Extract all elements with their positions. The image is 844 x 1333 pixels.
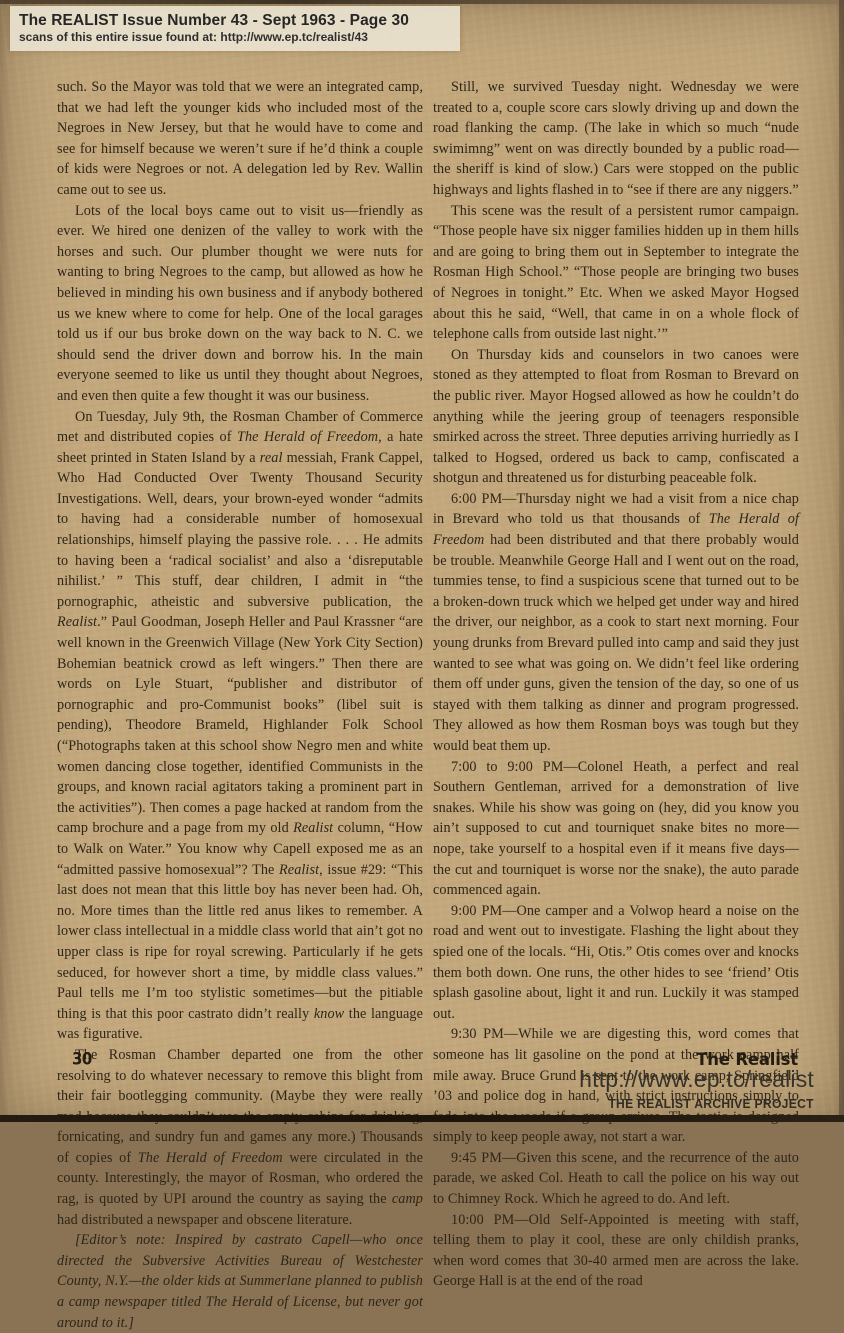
italic-text-segment: Realist — [293, 820, 333, 836]
header-issue-title: The REALIST Issue Number 43 - Sept 1963 … — [19, 11, 451, 30]
paragraph: On Thursday kids and counselors in two c… — [433, 345, 799, 489]
paragraph: Still, we survived Tuesday night. Wednes… — [433, 77, 799, 201]
archive-project-label: THE REALIST ARCHIVE PROJECT — [609, 1097, 814, 1111]
italic-text-segment: know — [314, 1006, 344, 1022]
text-segment: messiah, Frank Cappel, Who Had Conducted… — [57, 450, 423, 610]
paragraph: 6:00 PM—Thursday night we had a visit fr… — [433, 489, 799, 757]
text-segment: 7:00 to 9:00 PM—Colonel Heath, a perfect… — [433, 759, 799, 899]
text-segment: had been distributed and that there prob… — [433, 532, 799, 754]
paragraph: On Tuesday, July 9th, the Rosman Chamber… — [57, 407, 423, 1045]
text-segment: This scene was the result of a persisten… — [433, 203, 799, 343]
paragraph: This scene was the result of a persisten… — [433, 201, 799, 345]
text-segment: On Thursday kids and counselors in two c… — [433, 347, 799, 487]
italic-text-segment: Realist — [279, 862, 319, 878]
header-scan-note: scans of this entire issue found at: htt… — [19, 30, 451, 45]
italic-text-segment: Realist — [57, 614, 97, 630]
text-segment: such. So the Mayor was told that we were… — [57, 79, 423, 198]
column-right: Still, we survived Tuesday night. Wednes… — [433, 77, 799, 1122]
scan-edge-bottom — [0, 1115, 844, 1122]
archive-url: http://www.ep.tc/realist — [579, 1066, 814, 1093]
text-segment: Still, we survived Tuesday night. Wednes… — [433, 79, 799, 198]
paragraph: The Rosman Chamber departed one from the… — [57, 1045, 423, 1122]
text-segment: The Rosman Chamber departed one from the… — [57, 1047, 423, 1122]
scan-edge-top — [0, 0, 844, 4]
paragraph: such. So the Mayor was told that we were… — [57, 77, 423, 201]
scan-edge-right — [839, 0, 844, 1122]
archive-header-badge: The REALIST Issue Number 43 - Sept 1963 … — [10, 6, 460, 51]
italic-text-segment: real — [260, 450, 283, 466]
text-segment: , issue #29: “This last does not mean th… — [57, 862, 423, 1022]
text-segment: .” Paul Goodman, Joseph Heller and Paul … — [57, 614, 423, 836]
paragraph: 7:00 to 9:00 PM—Colonel Heath, a perfect… — [433, 757, 799, 901]
italic-text-segment: The Herald of Freedom — [237, 429, 378, 445]
text-segment: Lots of the local boys came out to visit… — [57, 203, 423, 404]
paragraph: 9:00 PM—One camper and a Volwop heard a … — [433, 901, 799, 1025]
paragraph: Lots of the local boys came out to visit… — [57, 201, 423, 407]
text-segment: 9:00 PM—One camper and a Volwop heard a … — [433, 903, 799, 1022]
scanned-page: The REALIST Issue Number 43 - Sept 1963 … — [0, 0, 844, 1122]
column-left: such. So the Mayor was told that we were… — [57, 77, 423, 1122]
page-number: 30 — [72, 1049, 92, 1069]
article-body: such. So the Mayor was told that we were… — [57, 77, 799, 1122]
